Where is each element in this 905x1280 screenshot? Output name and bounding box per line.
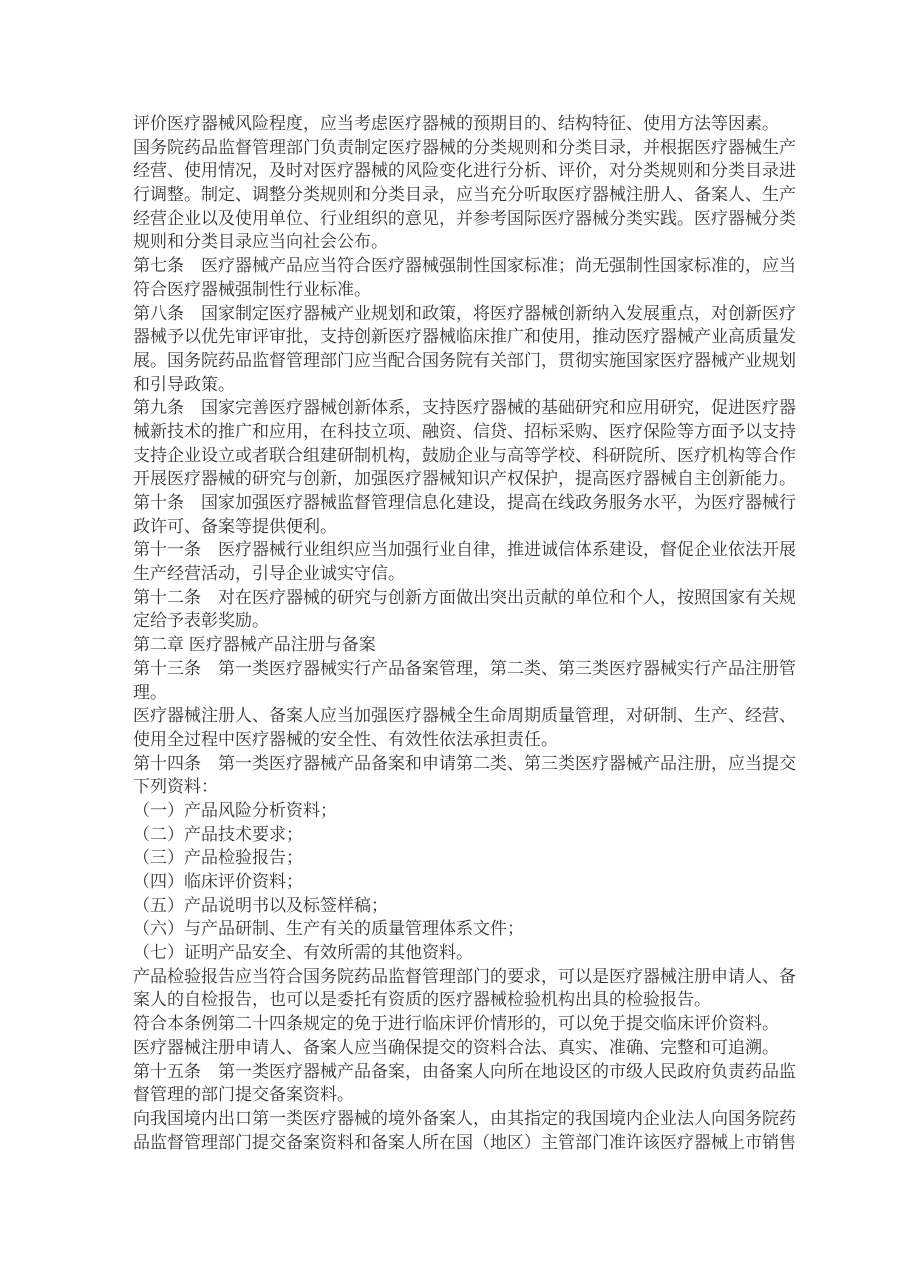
text-line: 第二章 医疗器械产品注册与备案: [133, 633, 833, 657]
text-line: 生产经营活动，引导企业诚实守信。: [133, 562, 833, 586]
text-line: 第十四条 第一类医疗器械产品备案和申请第二类、第三类医疗器械产品注册，应当提交: [133, 752, 833, 776]
text-line: 第十二条 对在医疗器械的研究与创新方面做出突出贡献的单位和个人，按照国家有关规: [133, 586, 833, 610]
text-line: （一）产品风险分析资料；: [133, 799, 833, 823]
text-line: 符合医疗器械强制性行业标准。: [133, 278, 833, 302]
text-line: 第十一条 医疗器械行业组织应当加强行业自律，推进诚信体系建设，督促企业依法开展: [133, 538, 833, 562]
text-line: 第七条 医疗器械产品应当符合医疗器械强制性国家标准；尚无强制性国家标准的，应当: [133, 254, 833, 278]
text-line: 械新技术的推广和应用，在科技立项、融资、信贷、招标采购、医疗保险等方面予以支持: [133, 420, 833, 444]
text-line: 使用全过程中医疗器械的安全性、有效性依法承担责任。: [133, 728, 833, 752]
text-line: 器械予以优先审评审批，支持创新医疗器械临床推广和使用，推动医疗器械产业高质量发: [133, 325, 833, 349]
text-line: 国务院药品监督管理部门负责制定医疗器械的分类规则和分类目录，并根据医疗器械生产: [133, 136, 833, 160]
text-line: 品监督管理部门提交备案资料和备案人所在国（地区）主管部门准许该医疗器械上市销售: [133, 1131, 833, 1155]
text-line: 行调整。制定、调整分类规则和分类目录，应当充分听取医疗器械注册人、备案人、生产: [133, 183, 833, 207]
regulation-text: 评价医疗器械风险程度，应当考虑医疗器械的预期目的、结构特征、使用方法等因素。国务…: [133, 112, 833, 1154]
text-line: 督管理的部门提交备案资料。: [133, 1083, 833, 1107]
text-line: 定给予表彰奖励。: [133, 609, 833, 633]
text-line: 政许可、备案等提供便利。: [133, 515, 833, 539]
text-line: 开展医疗器械的研究与创新，加强医疗器械知识产权保护，提高医疗器械自主创新能力。: [133, 467, 833, 491]
text-line: 产品检验报告应当符合国务院药品监督管理部门的要求，可以是医疗器械注册申请人、备: [133, 965, 833, 989]
text-line: （四）临床评价资料；: [133, 870, 833, 894]
text-line: 医疗器械注册人、备案人应当加强医疗器械全生命周期质量管理，对研制、生产、经营、: [133, 704, 833, 728]
text-line: （六）与产品研制、生产有关的质量管理体系文件；: [133, 917, 833, 941]
text-line: 支持企业设立或者联合组建研制机构，鼓励企业与高等学校、科研院所、医疗机构等合作: [133, 444, 833, 468]
text-line: 第八条 国家制定医疗器械产业规划和政策，将医疗器械创新纳入发展重点，对创新医疗: [133, 302, 833, 326]
text-line: 案人的自检报告，也可以是委托有资质的医疗器械检验机构出具的检验报告。: [133, 988, 833, 1012]
text-line: 第十五条 第一类医疗器械产品备案，由备案人向所在地设区的市级人民政府负责药品监: [133, 1060, 833, 1084]
text-line: 和引导政策。: [133, 373, 833, 397]
text-line: 第十三条 第一类医疗器械实行产品备案管理，第二类、第三类医疗器械实行产品注册管: [133, 657, 833, 681]
text-line: 第十条 国家加强医疗器械监督管理信息化建设，提高在线政务服务水平，为医疗器械行: [133, 491, 833, 515]
text-line: （七）证明产品安全、有效所需的其他资料。: [133, 941, 833, 965]
text-line: 第九条 国家完善医疗器械创新体系，支持医疗器械的基础研究和应用研究，促进医疗器: [133, 396, 833, 420]
text-line: 展。国务院药品监督管理部门应当配合国务院有关部门，贯彻实施国家医疗器械产业规划: [133, 349, 833, 373]
text-line: 医疗器械注册申请人、备案人应当确保提交的资料合法、真实、准确、完整和可追溯。: [133, 1036, 833, 1060]
text-line: 经营、使用情况，及时对医疗器械的风险变化进行分析、评价，对分类规则和分类目录进: [133, 159, 833, 183]
text-line: 规则和分类目录应当向社会公布。: [133, 230, 833, 254]
text-line: 符合本条例第二十四条规定的免于进行临床评价情形的，可以免于提交临床评价资料。: [133, 1012, 833, 1036]
document-page: 评价医疗器械风险程度，应当考虑医疗器械的预期目的、结构特征、使用方法等因素。国务…: [0, 0, 905, 1280]
text-line: 下列资料：: [133, 775, 833, 799]
text-line: （二）产品技术要求；: [133, 823, 833, 847]
text-line: 向我国境内出口第一类医疗器械的境外备案人，由其指定的我国境内企业法人向国务院药: [133, 1107, 833, 1131]
text-line: （五）产品说明书以及标签样稿；: [133, 894, 833, 918]
text-line: （三）产品检验报告；: [133, 846, 833, 870]
text-line: 评价医疗器械风险程度，应当考虑医疗器械的预期目的、结构特征、使用方法等因素。: [133, 112, 833, 136]
text-line: 经营企业以及使用单位、行业组织的意见，并参考国际医疗器械分类实践。医疗器械分类: [133, 207, 833, 231]
text-line: 理。: [133, 681, 833, 705]
